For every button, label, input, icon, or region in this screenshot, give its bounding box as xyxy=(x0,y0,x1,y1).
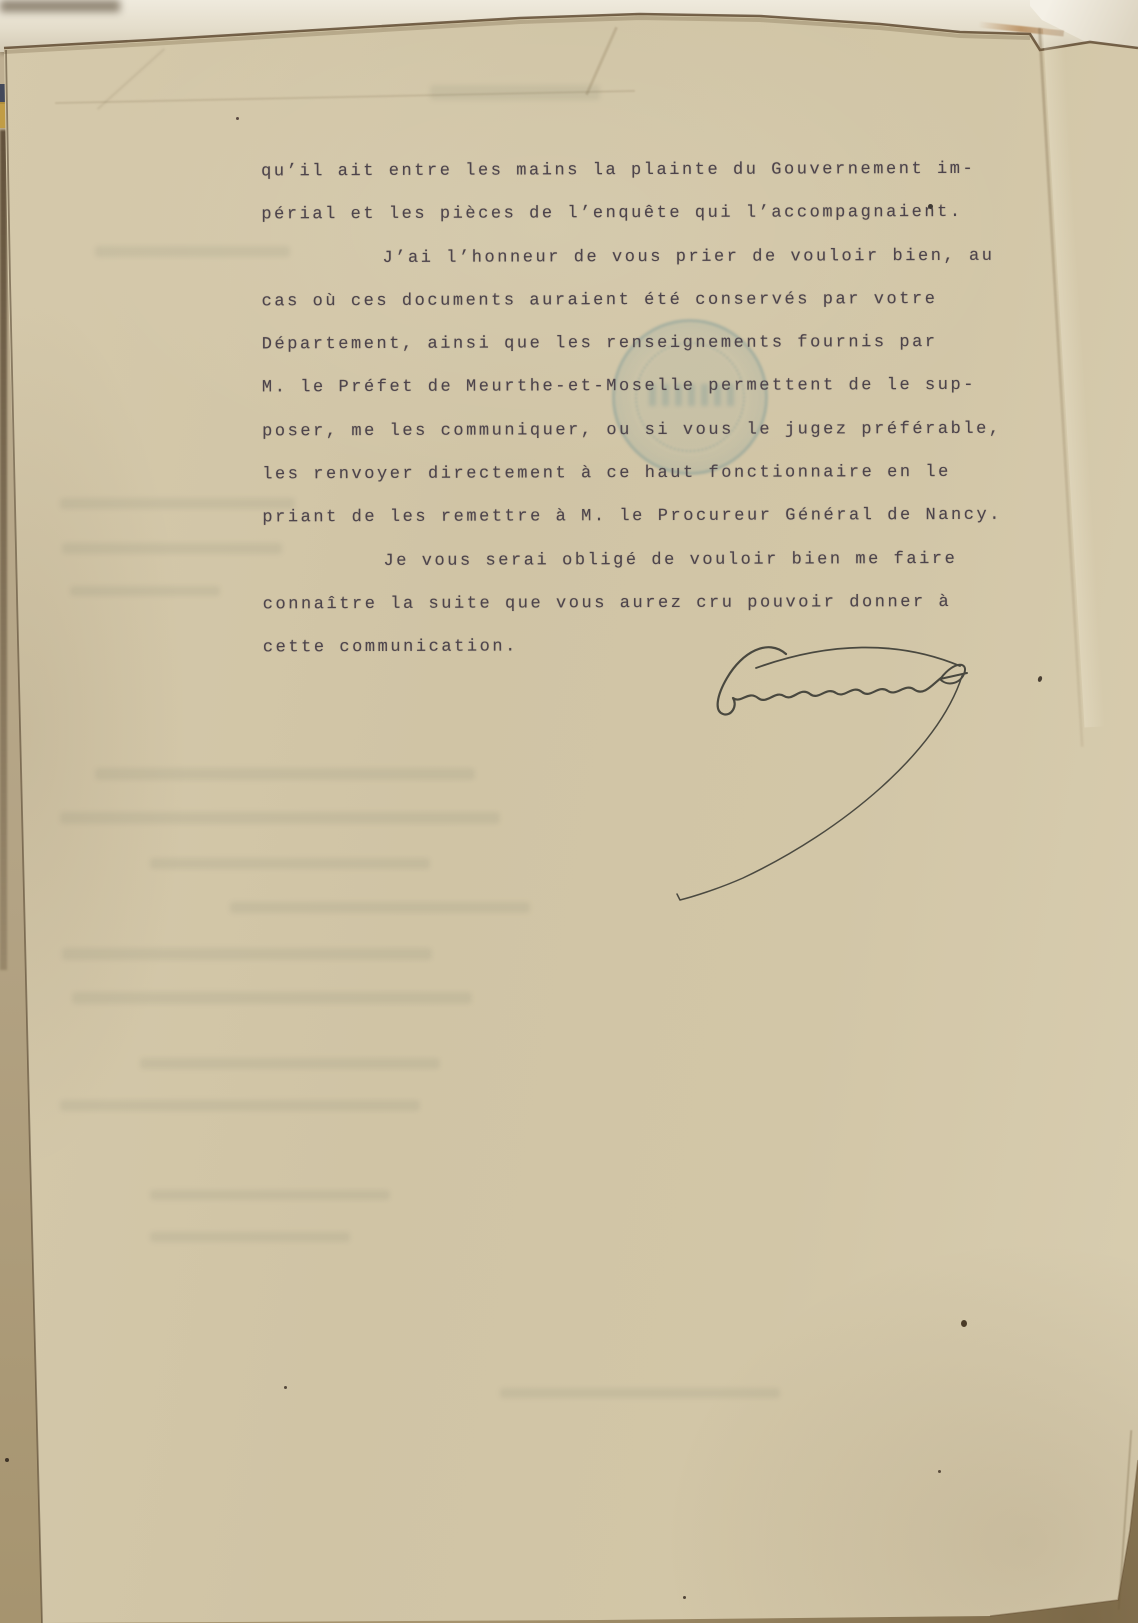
letter-line-2: périal et les pièces de l’enquête qui l’… xyxy=(261,191,1051,237)
bleed-through xyxy=(140,1058,440,1069)
letter-line-7: poser, me les communiquer, ou si vous le… xyxy=(262,407,1052,453)
paper-speck xyxy=(683,1596,686,1599)
letter-line-1: qu’il ait entre les mains la plainte du … xyxy=(261,148,1051,194)
letter-body: qu’il ait entre les mains la plainte du … xyxy=(261,148,1053,670)
bleed-through xyxy=(62,543,282,554)
letter-line-10: Je vous serai obligé de vouloir bien me … xyxy=(262,537,1052,583)
paper-speck xyxy=(961,1320,967,1327)
paper-speck xyxy=(5,1458,9,1462)
paper-speck xyxy=(236,117,239,120)
bleed-through xyxy=(150,858,430,869)
bleed-through xyxy=(60,812,500,824)
page-left-shadow xyxy=(0,130,7,970)
paper-speck xyxy=(938,1470,941,1473)
bleed-through xyxy=(72,992,472,1004)
letter-line-9: priant de les remettre à M. le Procureur… xyxy=(262,494,1052,540)
left-edge-mark xyxy=(0,84,5,104)
bleed-through xyxy=(150,1190,390,1200)
signature xyxy=(628,616,988,916)
letter-line-6: M. le Préfet de Meurthe-et-Moselle perme… xyxy=(262,364,1052,410)
bleed-through xyxy=(70,586,220,596)
bleed-through xyxy=(230,902,530,913)
letter-line-5: Département, ainsi que les renseignement… xyxy=(262,321,1052,367)
letter-line-3: J’ai l’honneur de vous prier de vouloir … xyxy=(261,234,1051,280)
bleed-through xyxy=(60,498,295,509)
ink-dot xyxy=(928,204,933,209)
letter-line-4: cas où ces documents auraient été conser… xyxy=(262,278,1052,324)
bleed-through xyxy=(62,948,432,960)
bleed-through xyxy=(500,1388,780,1398)
paper-speck xyxy=(284,1386,287,1389)
bleed-through xyxy=(95,768,475,780)
letter-line-8: les renvoyer directement à ce haut fonct… xyxy=(262,451,1052,497)
bleed-through xyxy=(150,1232,350,1242)
bleed-through xyxy=(60,1100,420,1111)
bleed-through xyxy=(430,85,600,100)
scan-edge-shadow xyxy=(0,0,120,12)
